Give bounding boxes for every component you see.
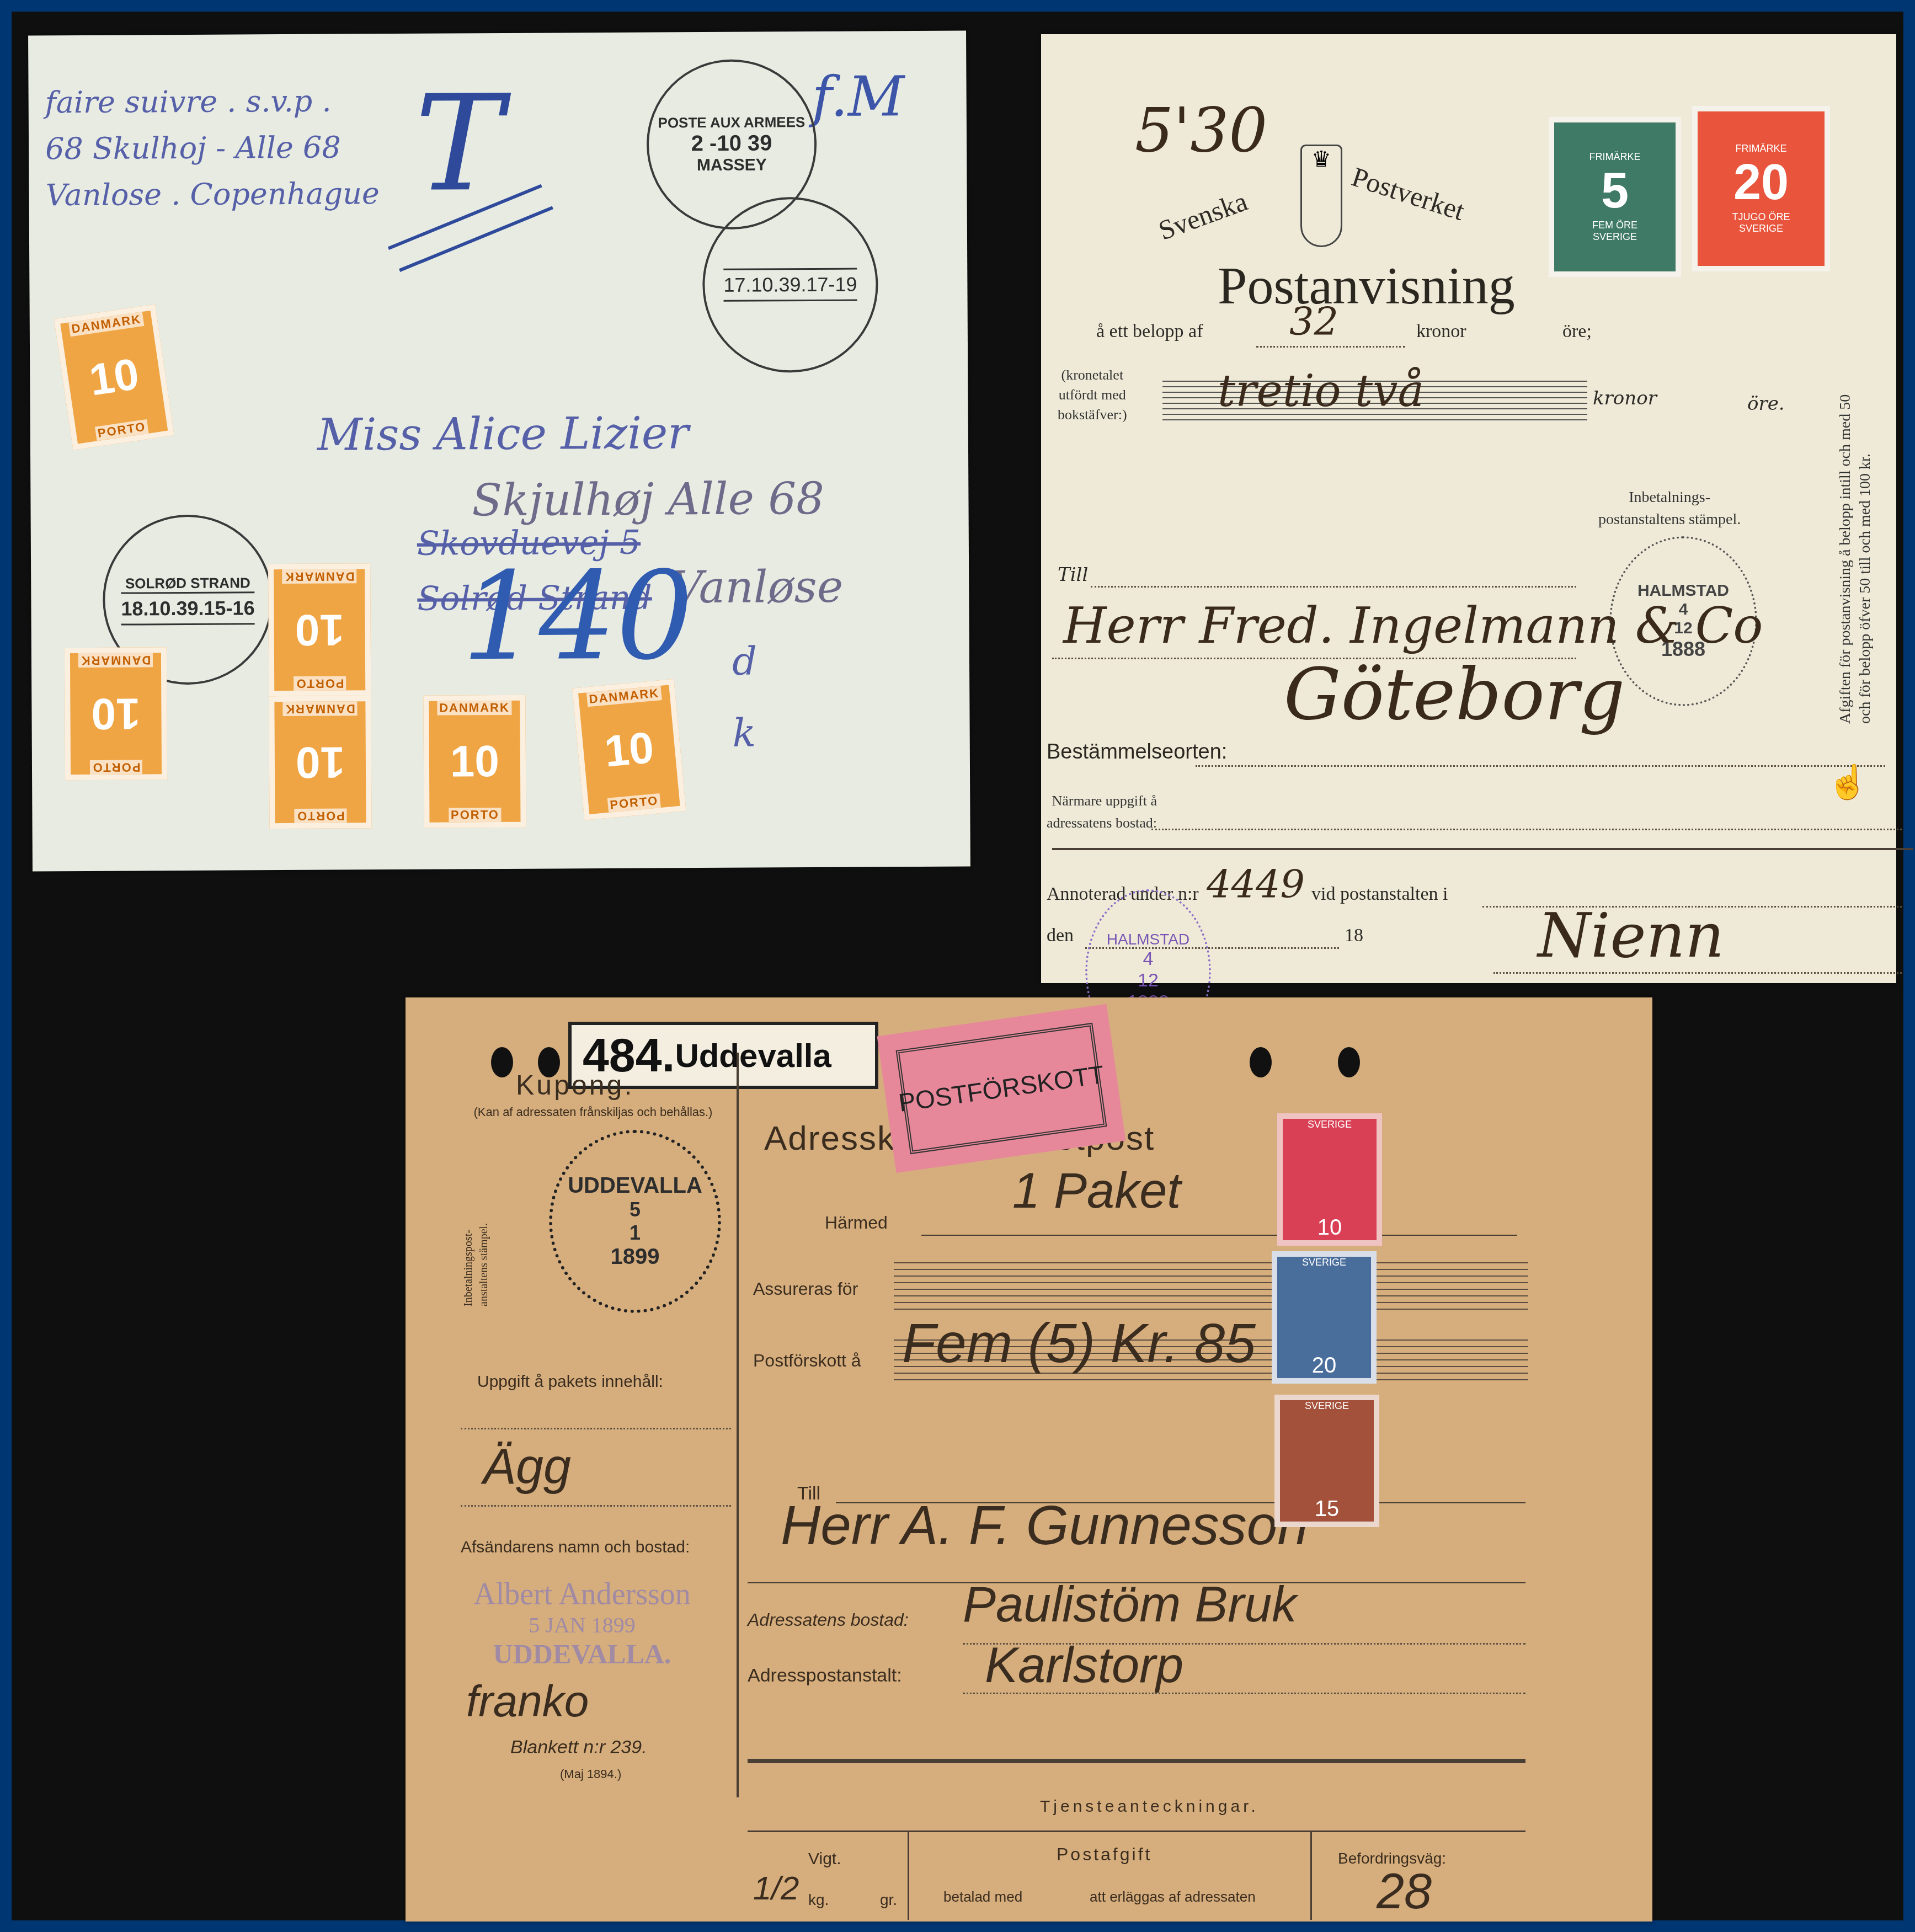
title: Postanvisning — [1218, 255, 1515, 316]
post-office-label: Adresspostanstalt: — [748, 1665, 902, 1687]
annotated-value: 4449 — [1207, 862, 1305, 907]
coupon-stamp-label: Inbetalningspost-anstaltens stämpel. — [461, 1223, 492, 1306]
addressee: Miss Alice Lizier — [317, 407, 689, 461]
destination-rule — [1196, 765, 1885, 767]
sender-note-line: 68 Skulhoj - Alle 68 — [45, 124, 380, 172]
office-label: vid postanstalten i — [1311, 884, 1448, 905]
stamp-20-ore: SVERIGE20 — [1272, 1251, 1377, 1384]
date-label: den — [1047, 925, 1074, 946]
porto-stamp: PORTO10DANMARK — [269, 696, 371, 829]
tax-mark: T — [414, 66, 504, 221]
sender-note-line: Vanlose . Copenhague — [45, 170, 380, 218]
gr-label: gr. — [880, 1891, 897, 1909]
issuer-left: Svenska — [1154, 185, 1251, 247]
signature: Nienn — [1538, 900, 1724, 971]
payment-stamp-label: Inbetalnings-postanstaltens stämpel. — [1598, 487, 1741, 531]
sender-note: faire suivre . s.v.p . 68 Skulhoj - Alle… — [45, 78, 380, 218]
ore-label: öre; — [1562, 321, 1592, 342]
harmed-rule — [921, 1235, 1517, 1236]
contents-label: Uppgift å pakets innehåll: — [477, 1373, 663, 1391]
address-new-street: Skjulhøj Alle 68 — [472, 473, 824, 526]
paid-label: betalad med — [943, 1888, 1022, 1906]
table-divider — [908, 1832, 909, 1920]
stamp-20-ore: FRIMÄRKE20TJUGO ÖRESVERIGE — [1692, 106, 1830, 271]
postmark-17-10-39: 17.10.39.17-19 — [702, 196, 879, 373]
stamp-15-ore: SVERIGE15 — [1274, 1395, 1379, 1527]
contents-rule — [461, 1428, 731, 1429]
franko: franko — [466, 1676, 589, 1727]
address-label: Närmare uppgift åadressatens bostad: — [1047, 790, 1157, 834]
form-number: Blankett n:r 239. — [510, 1737, 647, 1758]
fm-mark: f.M — [812, 64, 904, 129]
contents-rule — [461, 1505, 731, 1507]
service-notes-label: Tjensteanteckningar. — [1040, 1797, 1259, 1816]
weight-value: 1/2 — [753, 1869, 799, 1907]
to-value: Herr A. F. Gunnesson — [781, 1494, 1308, 1557]
words-value: tretio två — [1218, 365, 1424, 417]
amount-label: å ett belopp af — [1096, 321, 1203, 342]
signature-rule — [1493, 972, 1902, 974]
punch-hole — [1250, 1047, 1272, 1077]
swedish-parcel-card: 484.Uddevalla POSTFÖRSKOTT Kupong. (Kan … — [406, 997, 1652, 1922]
kronor-label: kronor — [1416, 321, 1466, 342]
words-label: (kronetaletutfördt medbokstäfver:) — [1058, 365, 1127, 425]
stamp-5-ore: FRIMÄRKE5FEM ÖRESVERIGE — [1549, 117, 1681, 277]
porto-stamp: PORTO10DANMARK — [65, 647, 167, 780]
contents-value: Ägg — [483, 1439, 571, 1496]
harmed-value: 1 Paket — [1012, 1163, 1181, 1220]
porto-stamp: DANMARK10PORTO — [423, 695, 526, 828]
section-rule — [1052, 848, 1913, 850]
harmed-label: Härmed — [825, 1213, 888, 1233]
porto-stamp: DANMARK10PORTO — [572, 679, 686, 820]
coat-of-arms-icon: ♛ — [1300, 145, 1342, 247]
sender-note-line: faire suivre . s.v.p . — [45, 78, 379, 126]
table-divider — [1310, 1832, 1312, 1920]
residence-label: Adressatens bostad: — [748, 1610, 909, 1630]
table-rule — [748, 1830, 1525, 1832]
address-new-town: Vanløse — [671, 561, 843, 613]
section-rule — [748, 1759, 1525, 1763]
route-value: 28 — [1377, 1864, 1432, 1920]
coupon-title: Kupong. — [516, 1069, 634, 1101]
amount-value: 32 — [1289, 299, 1338, 344]
sender-label: Afsändarens namn och bostad: — [461, 1538, 690, 1557]
year-prefix: 18 — [1345, 925, 1363, 946]
address-rule — [1151, 829, 1902, 830]
issuer-right: Postverket — [1348, 161, 1469, 227]
post-office-rule — [963, 1693, 1525, 1694]
address-remnant: k — [732, 711, 756, 756]
words-ore-label: öre. — [1747, 393, 1785, 415]
swedish-money-order: 5'30 Svenska ♛ Postverket Postanvisning … — [1041, 34, 1896, 983]
to-value: Herr Fred. Ingelmann & Co — [1063, 597, 1763, 655]
cod-label: Postförskott å — [753, 1351, 861, 1371]
coupon-divider — [737, 1053, 739, 1797]
address-remnant: d — [732, 639, 757, 684]
stamp-10-ore: SVERIGE10 — [1277, 1113, 1382, 1246]
due-amount-mark: 140 — [461, 545, 694, 687]
to-rule — [1091, 586, 1576, 588]
payable-label: att erläggas af adressaten — [1090, 1888, 1256, 1906]
weight-label: Vigt. — [808, 1850, 841, 1869]
words-kronor-label: kronor — [1593, 387, 1657, 409]
destination-label: Bestämmelseorten: — [1047, 740, 1227, 764]
to-label: Till — [1058, 564, 1088, 586]
sender-stamp: Albert Andersson 5 JAN 1899 UDDEVALLA. — [439, 1577, 726, 1670]
destination-value: Göteborg — [1284, 652, 1625, 736]
coupon-postmark-uddevalla: UDDEVALLA511899 — [549, 1130, 721, 1313]
amount-rule — [1256, 346, 1405, 348]
danish-envelope: faire suivre . s.v.p . 68 Skulhoj - Alle… — [28, 31, 970, 872]
punch-hole — [491, 1047, 513, 1077]
insured-field — [894, 1257, 1528, 1312]
side-note: Afgiften för postanvisning å belopp inti… — [1836, 394, 1875, 724]
cod-value: Fem (5) Kr. 85 7 — [902, 1312, 1301, 1375]
residence-value: Paulistöm Bruk — [963, 1577, 1297, 1634]
porto-stamp: DANMARK10PORTO — [54, 305, 174, 450]
kg-label: kg. — [808, 1891, 829, 1909]
handwritten-top: 5'30 — [1135, 95, 1267, 166]
post-office-value: Karlstorp — [985, 1637, 1183, 1694]
insured-label: Assureras för — [753, 1279, 858, 1299]
porto-stamp: PORTO10DANMARK — [268, 563, 371, 696]
postage-label: Postafgift — [1057, 1844, 1152, 1865]
punch-hole — [1338, 1047, 1360, 1077]
coupon-note: (Kan af adressaten frånskiljas och behål… — [466, 1105, 720, 1119]
form-date: (Maj 1894.) — [560, 1767, 621, 1781]
pointing-hand-icon: ☝ — [1827, 762, 1869, 802]
